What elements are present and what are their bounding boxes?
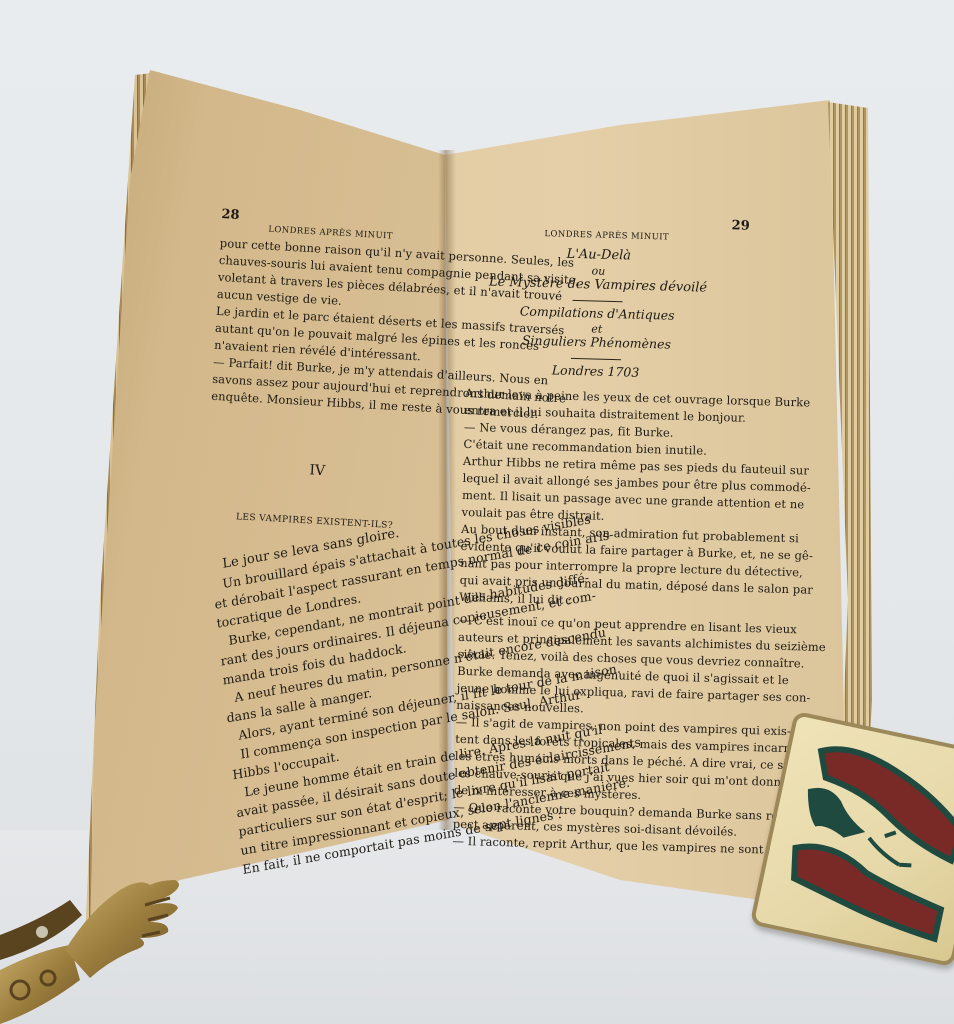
divider xyxy=(571,357,621,359)
right-page-text: 29 Londres après minuit L'Au-Delà ou Le … xyxy=(452,212,770,861)
title-block: L'Au-Delà ou Le Mystère des Vampires dév… xyxy=(465,244,729,386)
brass-hand-bookend-icon xyxy=(0,860,200,1024)
left-page-number: 28 xyxy=(221,207,240,223)
left-page-text-upper: 28 Londres après minuit pour cette bonne… xyxy=(204,205,441,532)
right-page-number: 29 xyxy=(731,219,749,233)
photo-scene: 28 Londres après minuit pour cette bonne… xyxy=(0,0,954,1024)
left-page-text-lower: Le jour se leva sans gloire. Un brouilla… xyxy=(210,518,480,883)
divider xyxy=(573,299,623,301)
bird-motif-icon xyxy=(756,716,954,954)
